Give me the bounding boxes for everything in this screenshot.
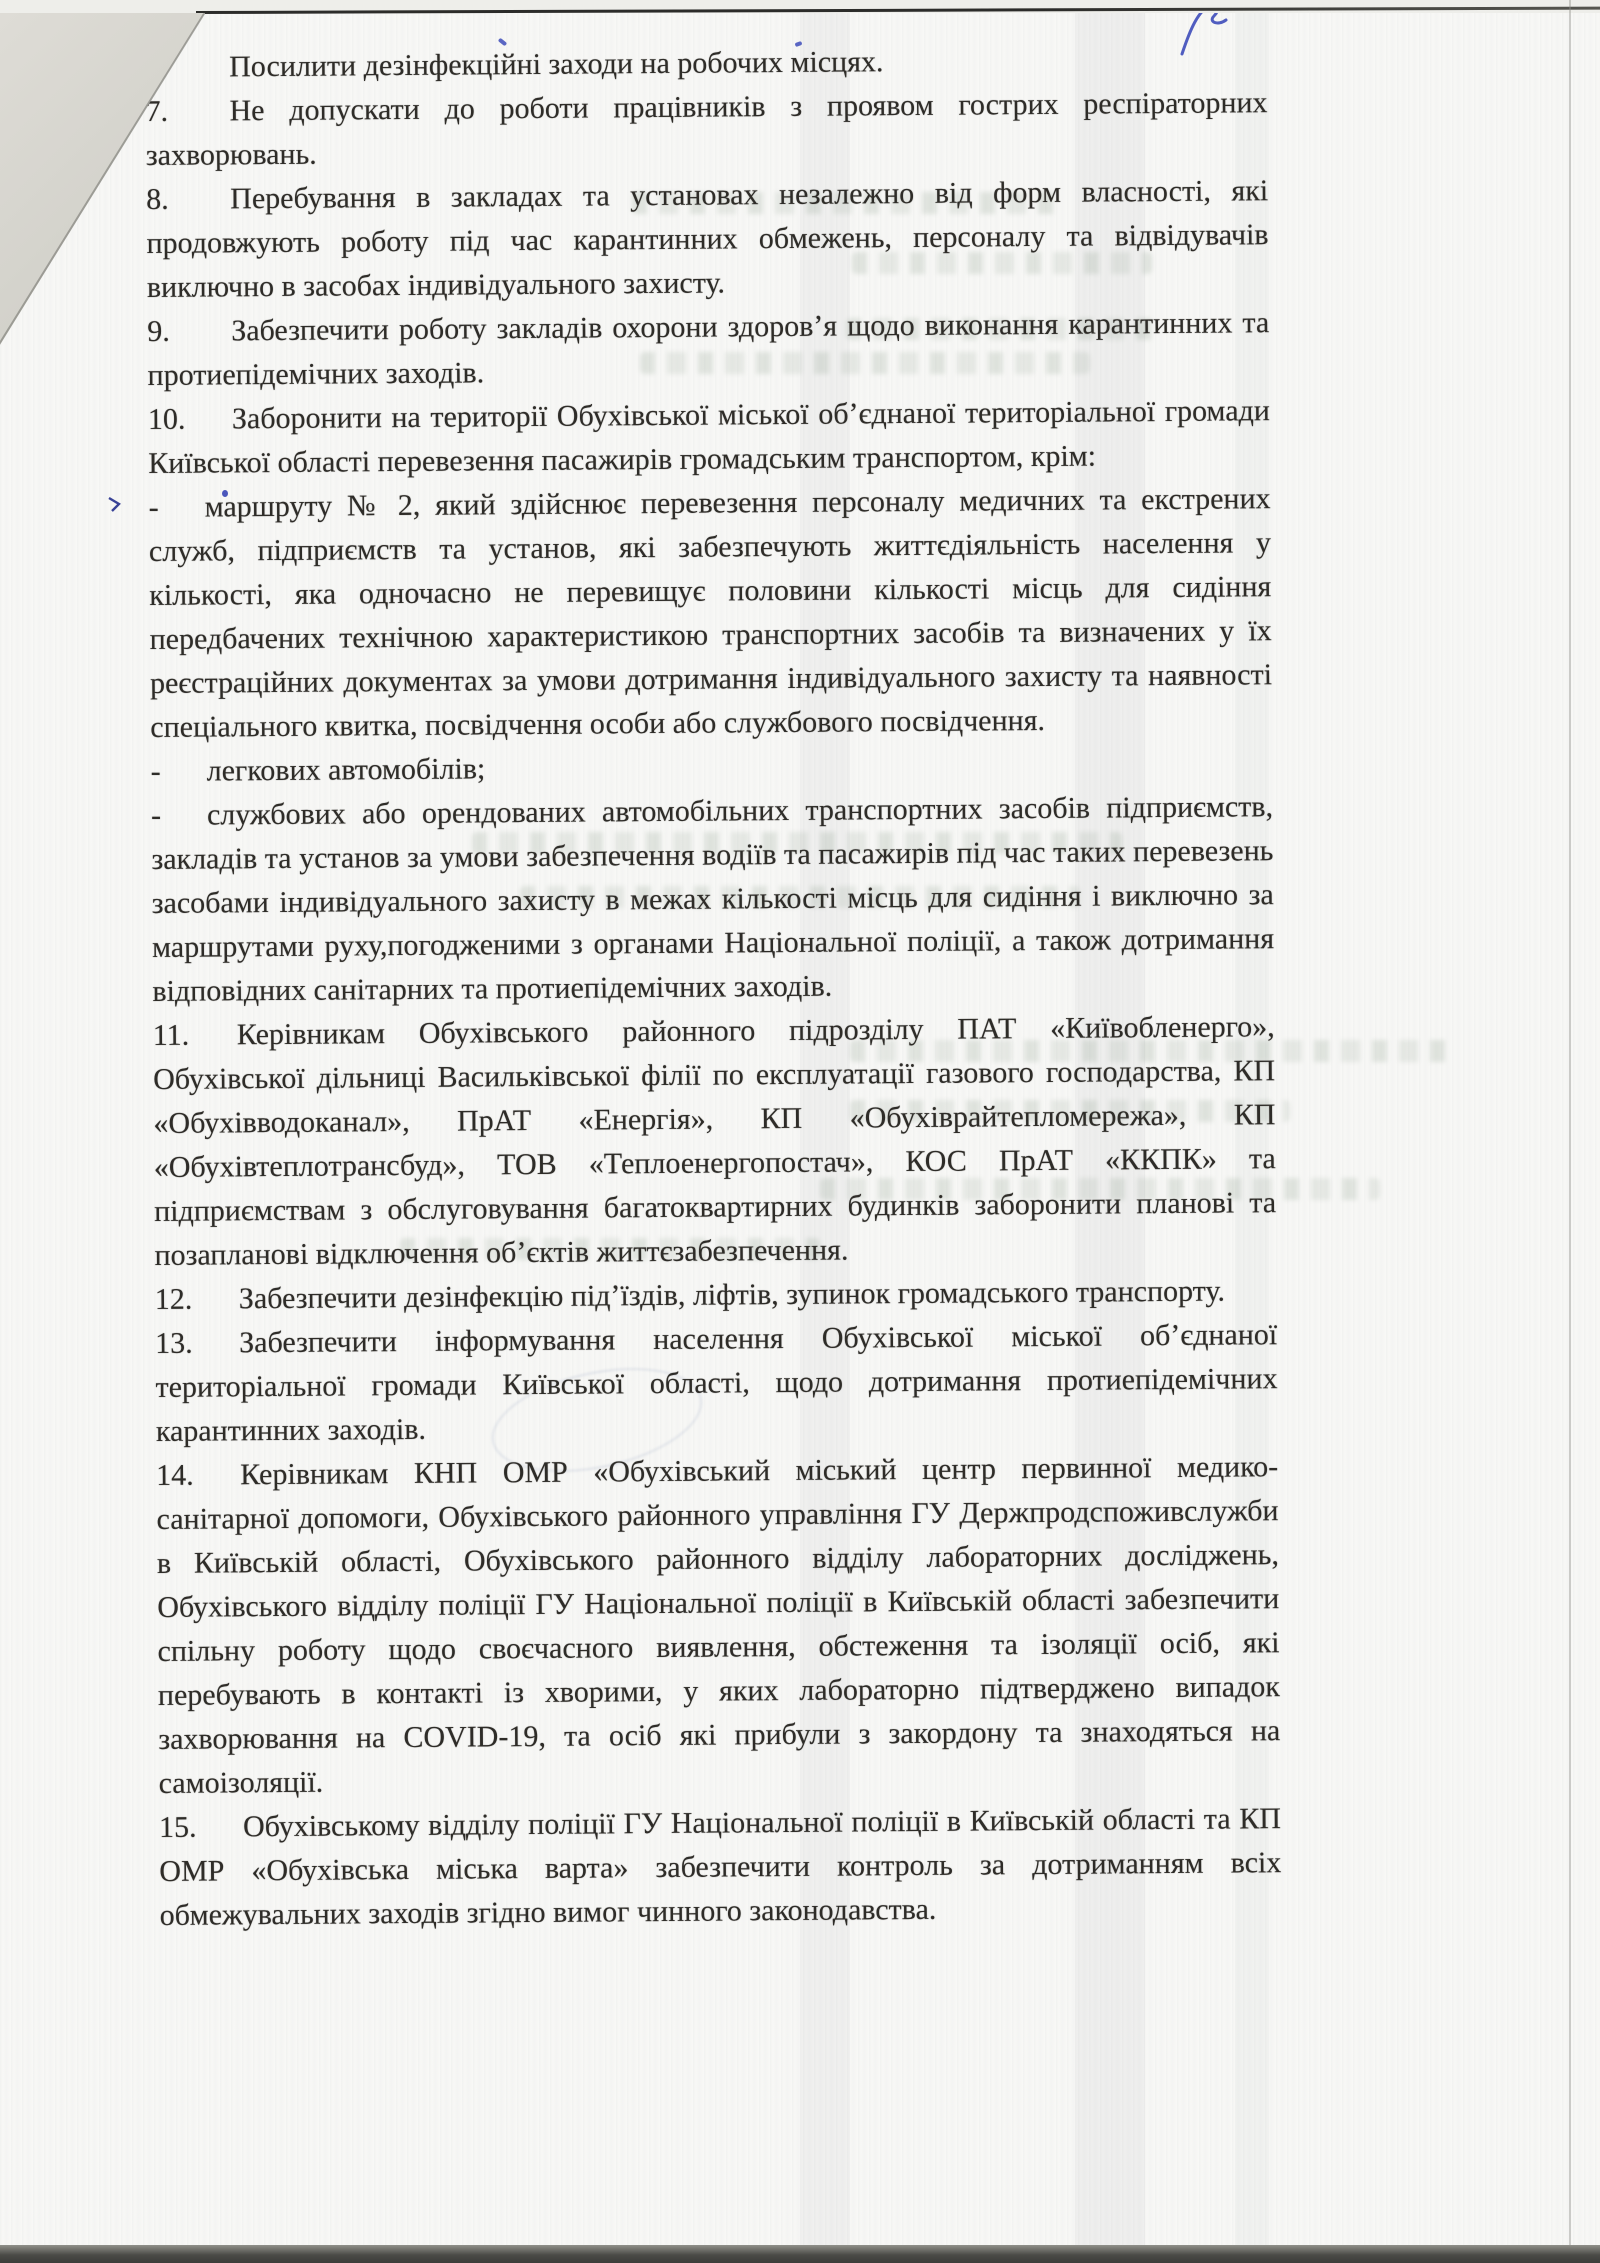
order-item-11: 11.Керівникам Обухівського районного під…	[153, 1005, 1277, 1278]
item-text: Обухівському відділу поліції ГУ Націонал…	[159, 1802, 1281, 1932]
item-marker: 13.	[155, 1321, 239, 1366]
order-item-15: 15.Обухівському відділу поліції ГУ Націо…	[159, 1797, 1282, 1938]
document-page: 6.Посилити дезінфекційні заходи на робоч…	[0, 0, 1600, 2263]
scan-background: { "scan": { "description_label": "", "co…	[0, 0, 1600, 2263]
order-item-7: 7.Не допускати до роботи працівників з п…	[145, 81, 1268, 178]
item-text: Керівникам Обухівського районного підроз…	[153, 1010, 1276, 1272]
page-right-edge	[1569, 0, 1571, 2246]
item-marker: 12.	[155, 1277, 239, 1322]
scan-bottom-edge	[0, 2245, 1600, 2263]
item-text: Забезпечити дезінфекцію під’їздів, ліфті…	[239, 1275, 1225, 1316]
item-text: Не допускати до роботи працівників з про…	[146, 86, 1268, 172]
order-item-9: 9.Забезпечити роботу закладів охорони зд…	[147, 301, 1270, 398]
item-marker: 7.	[145, 89, 229, 134]
item-text: службових або орендованих автомобільних …	[151, 790, 1274, 1008]
item-text: Перебування в закладах та установах неза…	[146, 174, 1268, 304]
item-text: Керівникам КНП ОМР «Обухівський міський …	[156, 1450, 1280, 1800]
document-text: 6.Посилити дезінфекційні заходи на робоч…	[145, 37, 1282, 1938]
item-text: Забезпечити інформування населення Обухі…	[155, 1318, 1277, 1448]
item-marker: 14.	[156, 1453, 240, 1498]
item-marker: 15.	[159, 1805, 243, 1850]
order-sub-item: -службових або орендованих автомобільних…	[151, 785, 1275, 1014]
item-text: Заборонити на території Обухівської місь…	[148, 394, 1270, 480]
order-item-14: 14.Керівникам КНП ОМР «Обухівський міськ…	[156, 1445, 1281, 1806]
order-item-13: 13.Забезпечити інформування населення Об…	[155, 1313, 1278, 1454]
item-marker: 9.	[147, 309, 231, 354]
item-marker: 8.	[146, 177, 230, 222]
order-sub-item: -маршруту № 2, який здійснює перевезення…	[148, 477, 1272, 750]
order-item-10: 10.Заборонити на території Обухівської м…	[148, 389, 1271, 486]
item-text: Посилити дезінфекційні заходи на робочих…	[229, 45, 884, 83]
order-item-8: 8.Перебування в закладах та установах не…	[146, 169, 1269, 310]
item-text: маршруту № 2, який здійснює перевезення …	[149, 482, 1272, 744]
item-text: Забезпечити роботу закладів охорони здор…	[147, 306, 1269, 392]
item-marker: -	[151, 750, 207, 794]
ink-dot	[222, 490, 228, 497]
item-marker: 11.	[153, 1013, 237, 1058]
item-text: легкових автомобілів;	[207, 752, 486, 787]
item-marker: -	[148, 486, 204, 530]
margin-pen-mark	[106, 496, 124, 514]
item-marker: -	[151, 794, 207, 838]
item-marker: 10.	[148, 397, 232, 442]
